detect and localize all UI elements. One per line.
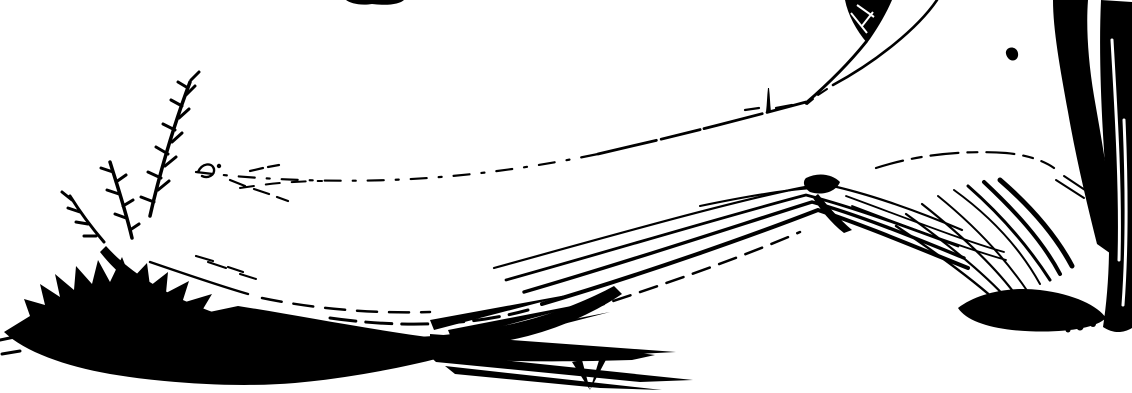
engraving-canvas bbox=[0, 0, 1132, 393]
foot-scallop bbox=[1077, 324, 1084, 331]
engraving-figure bbox=[0, 0, 1132, 393]
foot-scallop bbox=[1066, 328, 1071, 333]
foot-scallop bbox=[1090, 321, 1096, 327]
sprig-curl-dot bbox=[217, 164, 221, 168]
